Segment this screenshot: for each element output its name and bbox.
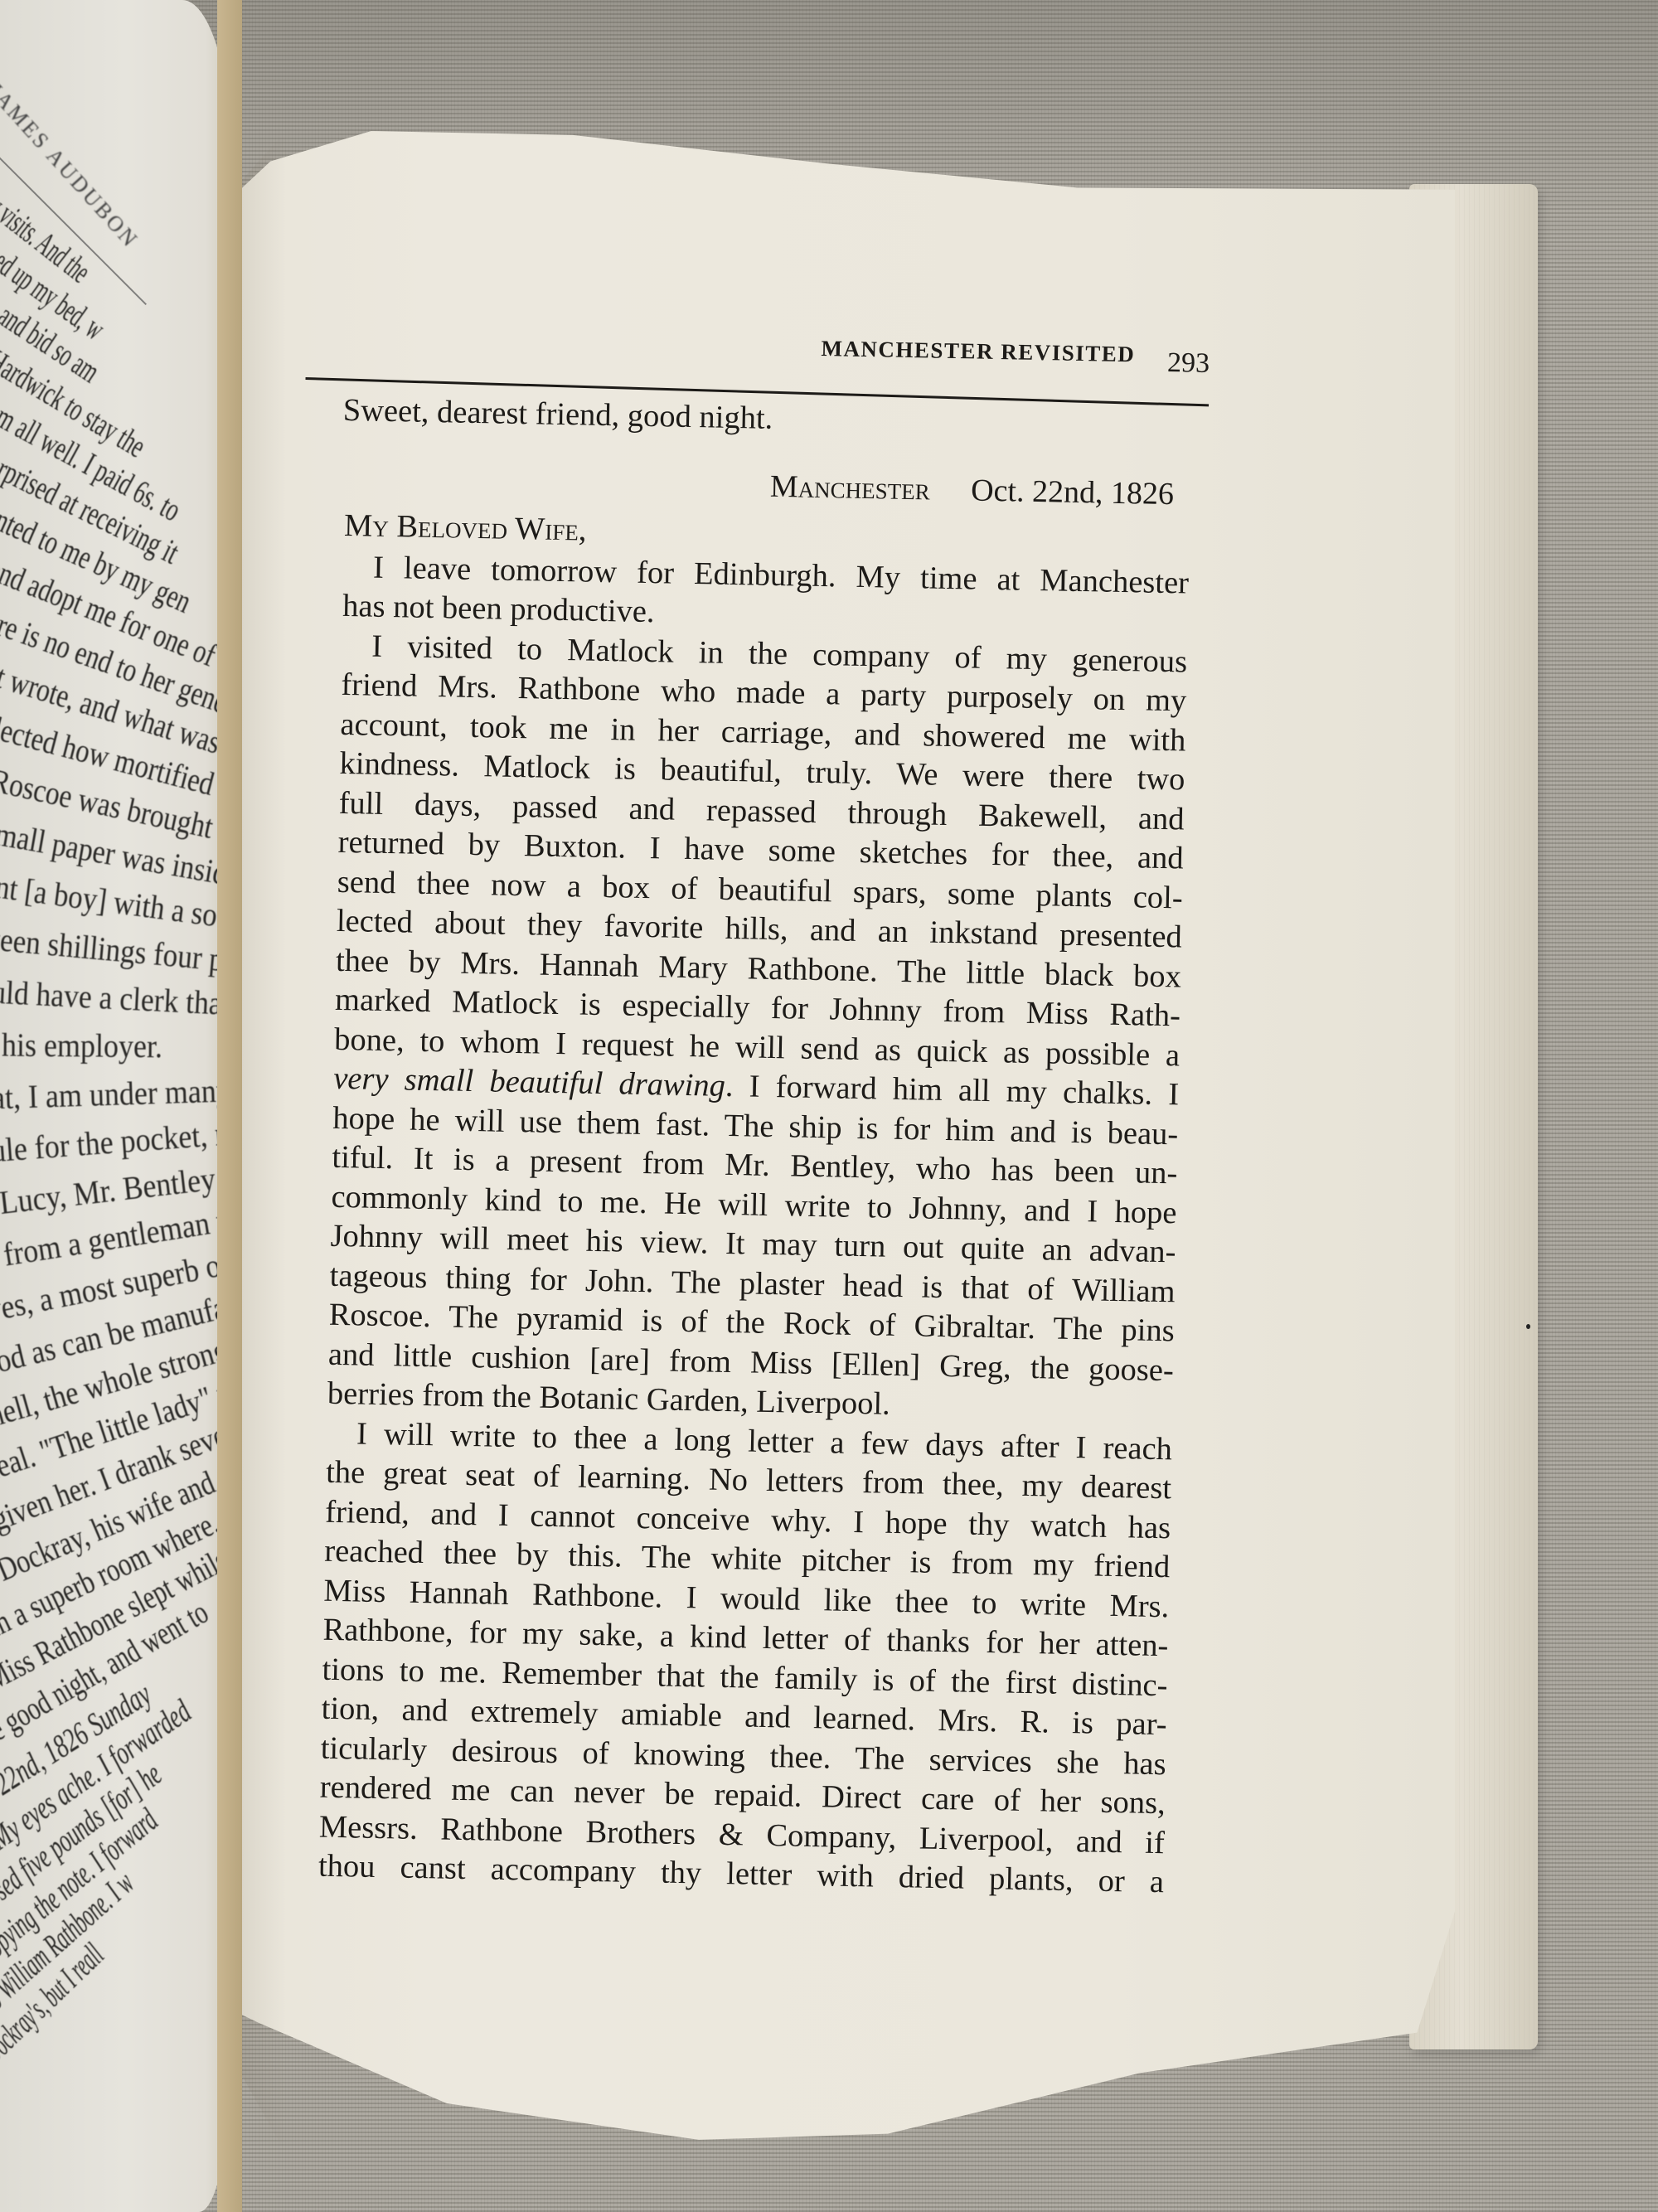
- dust-speck: [1526, 1324, 1530, 1329]
- letter-body: Sweet, dearest friend, good night. Manch…: [318, 391, 1209, 1903]
- left-text-line: epeat, I am under many obligat: [0, 1068, 232, 1118]
- running-head-title: Manchester Revisited: [821, 336, 1135, 367]
- italic-phrase: very small beautiful drawing: [333, 1061, 725, 1104]
- left-text-line: should have a clerk that was s: [0, 970, 232, 1026]
- left-text-line: s of his employer.: [0, 1025, 162, 1065]
- dateline-date: Oct. 22nd, 1826: [971, 473, 1175, 512]
- page-number: 293: [1167, 347, 1210, 380]
- right-page-text-block: Manchester Revisited 293 Sweet, dearest …: [318, 315, 1210, 1903]
- letter-paragraphs: I leave tomorrow for Edinburgh. My time …: [318, 547, 1206, 1903]
- dateline-place: Manchester: [770, 468, 931, 507]
- left-page-edge: [217, 0, 242, 2212]
- left-page: JAMES AUDUBON d twenty visits. And thece…: [0, 0, 232, 2212]
- text-line-rest: . I forward him all my chalks. I: [725, 1069, 1179, 1113]
- dateline: Manchester Oct. 22nd, 1826: [345, 458, 1175, 514]
